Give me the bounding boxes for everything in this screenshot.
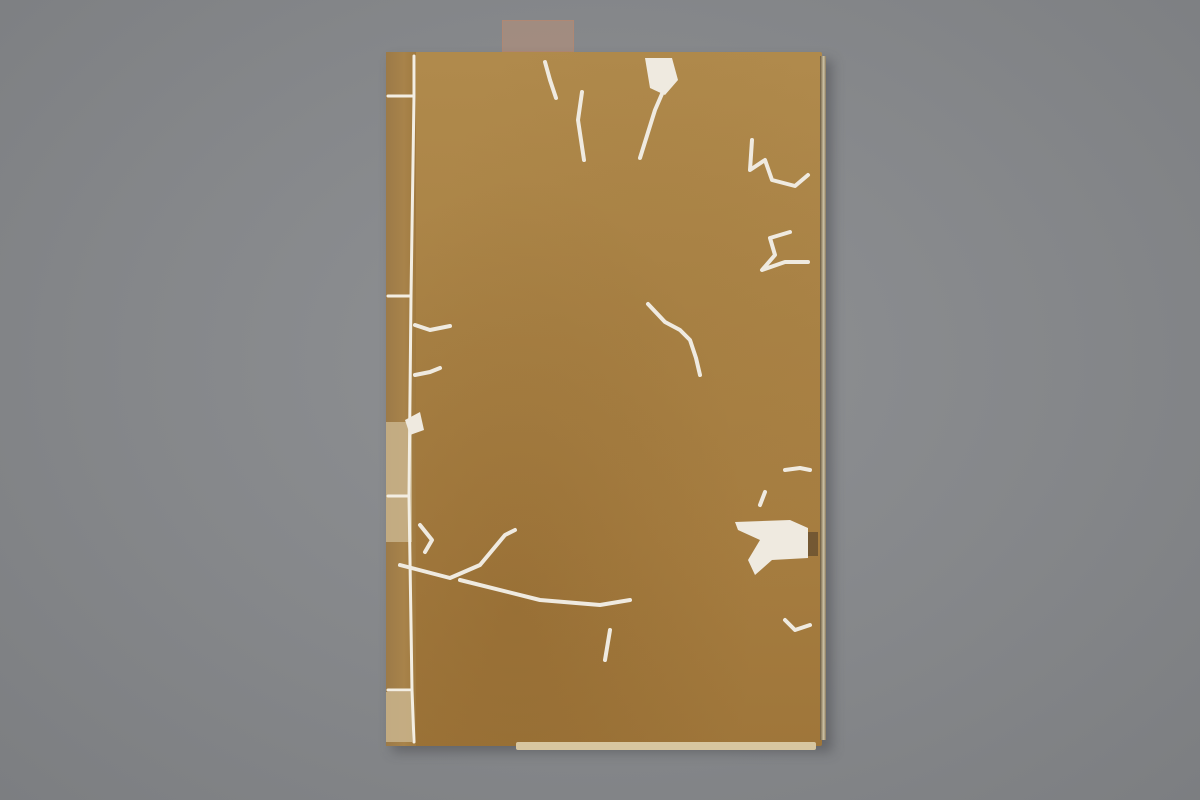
paper-loss-patches (405, 58, 808, 575)
print-fragment (808, 532, 818, 556)
binding-thread (388, 56, 414, 742)
stitching-and-damage (0, 0, 1200, 800)
photo-scene (0, 0, 1200, 800)
paper-damage (400, 62, 810, 660)
